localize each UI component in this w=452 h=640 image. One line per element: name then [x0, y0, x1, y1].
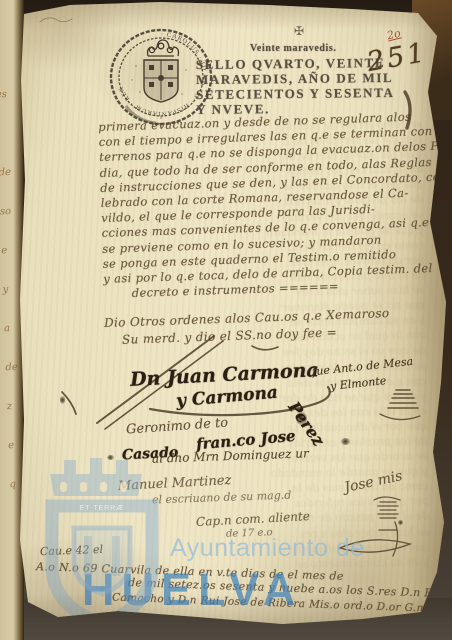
document-page: se como en los de mandas con q.e los ter… — [0, 0, 452, 640]
scanned-document: y es l de so e y a de z e q se como en l… — [0, 0, 452, 640]
paper-vignette — [0, 0, 452, 640]
adjacent-page-edge: y es l de so e y a de z e q — [0, 0, 24, 640]
